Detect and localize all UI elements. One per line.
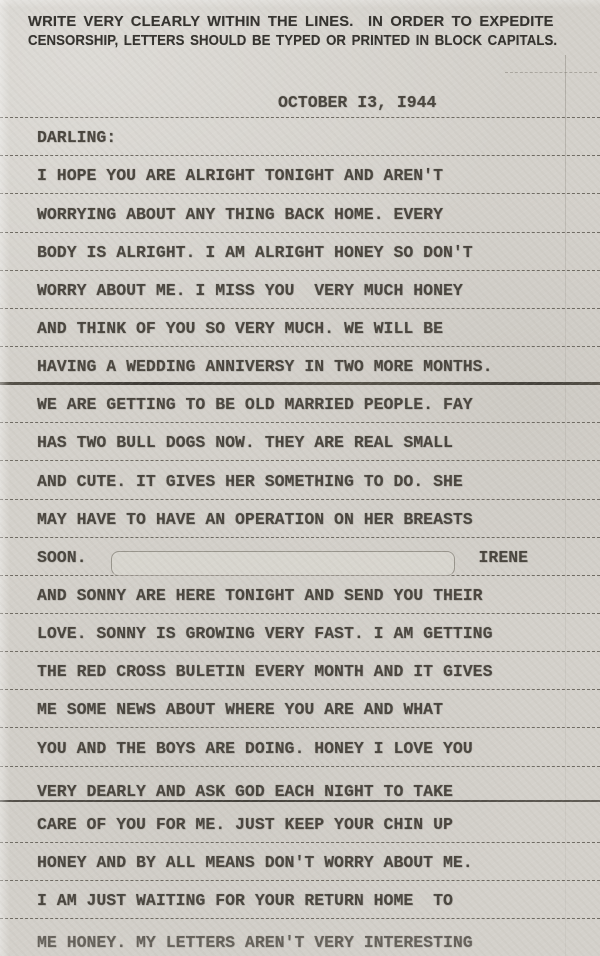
letter-line: DARLING: — [0, 118, 600, 156]
letter-line-text: I AM JUST WAITING FOR YOUR RETURN HOME T… — [37, 892, 453, 909]
letter-line: LOVE. SONNY IS GROWING VERY FAST. I AM G… — [0, 614, 600, 652]
letter-line-text: WORRYING ABOUT ANY THING BACK HOME. EVER… — [37, 206, 443, 223]
censor-cutout-box — [111, 551, 455, 576]
typed-letter-body: OCTOBER I3, I944 DARLING: I HOPE YOU ARE… — [0, 80, 600, 956]
letter-line-text: ME HONEY. MY LETTERS AREN'T VERY INTERES… — [37, 934, 473, 951]
letter-line-text: AND SONNY ARE HERE TONIGHT AND SEND YOU … — [37, 587, 483, 604]
letter-line: AND SONNY ARE HERE TONIGHT AND SEND YOU … — [0, 576, 600, 614]
censored-letter-page: WRITE VERY CLEARLY WITHIN THE LINES. IN … — [0, 0, 600, 956]
censorship-instructions-header: WRITE VERY CLEARLY WITHIN THE LINES. IN … — [28, 13, 586, 50]
faint-ruled-line-artifact — [505, 72, 597, 73]
letter-line: WE ARE GETTING TO BE OLD MARRIED PEOPLE.… — [0, 385, 600, 423]
letter-line: AND CUTE. IT GIVES HER SOMETHING TO DO. … — [0, 461, 600, 499]
letter-line-text: DARLING: — [37, 129, 116, 146]
letter-line-at-fold: VERY DEARLY AND ASK GOD EACH NIGHT TO TA… — [0, 767, 600, 805]
letter-line: WORRY ABOUT ME. I MISS YOU VERY MUCH HON… — [0, 271, 600, 309]
letter-line: ME SOME NEWS ABOUT WHERE YOU ARE AND WHA… — [0, 690, 600, 728]
header-instruction-line-1: WRITE VERY CLEARLY WITHIN THE LINES. IN … — [28, 13, 575, 32]
letter-line-text: I HOPE YOU ARE ALRIGHT TONIGHT AND AREN'… — [37, 167, 443, 184]
letter-line: HAS TWO BULL DOGS NOW. THEY ARE REAL SMA… — [0, 423, 600, 461]
letter-line-text: YOU AND THE BOYS ARE DOING. HONEY I LOVE… — [37, 740, 473, 757]
letter-line-text: VERY DEARLY AND ASK GOD EACH NIGHT TO TA… — [37, 783, 453, 800]
letter-line: YOU AND THE BOYS ARE DOING. HONEY I LOVE… — [0, 728, 600, 766]
letter-line-at-fold: HAVING A WEDDING ANNIVERSY IN TWO MORE M… — [0, 347, 600, 385]
letter-line-partial: ME HONEY. MY LETTERS AREN'T VERY INTERES… — [0, 919, 600, 956]
letter-line-text: WE ARE GETTING TO BE OLD MARRIED PEOPLE.… — [37, 396, 473, 413]
letter-line-text: WORRY ABOUT ME. I MISS YOU VERY MUCH HON… — [37, 282, 463, 299]
fold-crease-line-upper — [0, 382, 600, 385]
letter-line: HONEY AND BY ALL MEANS DON'T WORRY ABOUT… — [0, 843, 600, 881]
letter-line: CARE OF YOU FOR ME. JUST KEEP YOUR CHIN … — [0, 805, 600, 843]
letter-line-text: MAY HAVE TO HAVE AN OPERATION ON HER BRE… — [37, 511, 473, 528]
letter-line: BODY IS ALRIGHT. I AM ALRIGHT HONEY SO D… — [0, 233, 600, 271]
letter-line: THE RED CROSS BULETIN EVERY MONTH AND IT… — [0, 652, 600, 690]
letter-line-text: AND THINK OF YOU SO VERY MUCH. WE WILL B… — [37, 320, 443, 337]
letter-line-text: ME SOME NEWS ABOUT WHERE YOU ARE AND WHA… — [37, 701, 443, 718]
letter-line-censored: SOON. IRENE — [0, 538, 600, 576]
header-instruction-line-2: CENSORSHIP, LETTERS SHOULD BE TYPED OR P… — [28, 32, 536, 51]
letter-line: I AM JUST WAITING FOR YOUR RETURN HOME T… — [0, 881, 600, 919]
letter-line-text: THE RED CROSS BULETIN EVERY MONTH AND IT… — [37, 663, 492, 680]
date-line: OCTOBER I3, I944 — [0, 80, 600, 118]
letter-line: I HOPE YOU ARE ALRIGHT TONIGHT AND AREN'… — [0, 156, 600, 194]
letter-line: AND THINK OF YOU SO VERY MUCH. WE WILL B… — [0, 309, 600, 347]
letter-line-text: HONEY AND BY ALL MEANS DON'T WORRY ABOUT… — [37, 854, 473, 871]
letter-line: MAY HAVE TO HAVE AN OPERATION ON HER BRE… — [0, 500, 600, 538]
letter-line-text: LOVE. SONNY IS GROWING VERY FAST. I AM G… — [37, 625, 492, 642]
letter-line-text: BODY IS ALRIGHT. I AM ALRIGHT HONEY SO D… — [37, 244, 473, 261]
date-text: OCTOBER I3, I944 — [278, 94, 436, 111]
fold-crease-line-lower — [0, 800, 600, 802]
letter-line: WORRYING ABOUT ANY THING BACK HOME. EVER… — [0, 194, 600, 232]
letter-line-text: CARE OF YOU FOR ME. JUST KEEP YOUR CHIN … — [37, 816, 453, 833]
letter-line-text: HAVING A WEDDING ANNIVERSY IN TWO MORE M… — [37, 358, 492, 375]
letter-line-text: HAS TWO BULL DOGS NOW. THEY ARE REAL SMA… — [37, 434, 453, 451]
letter-line-text: SOON. — [37, 549, 87, 566]
letter-line-text: AND CUTE. IT GIVES HER SOMETHING TO DO. … — [37, 473, 463, 490]
letter-line-text: IRENE — [479, 549, 529, 566]
